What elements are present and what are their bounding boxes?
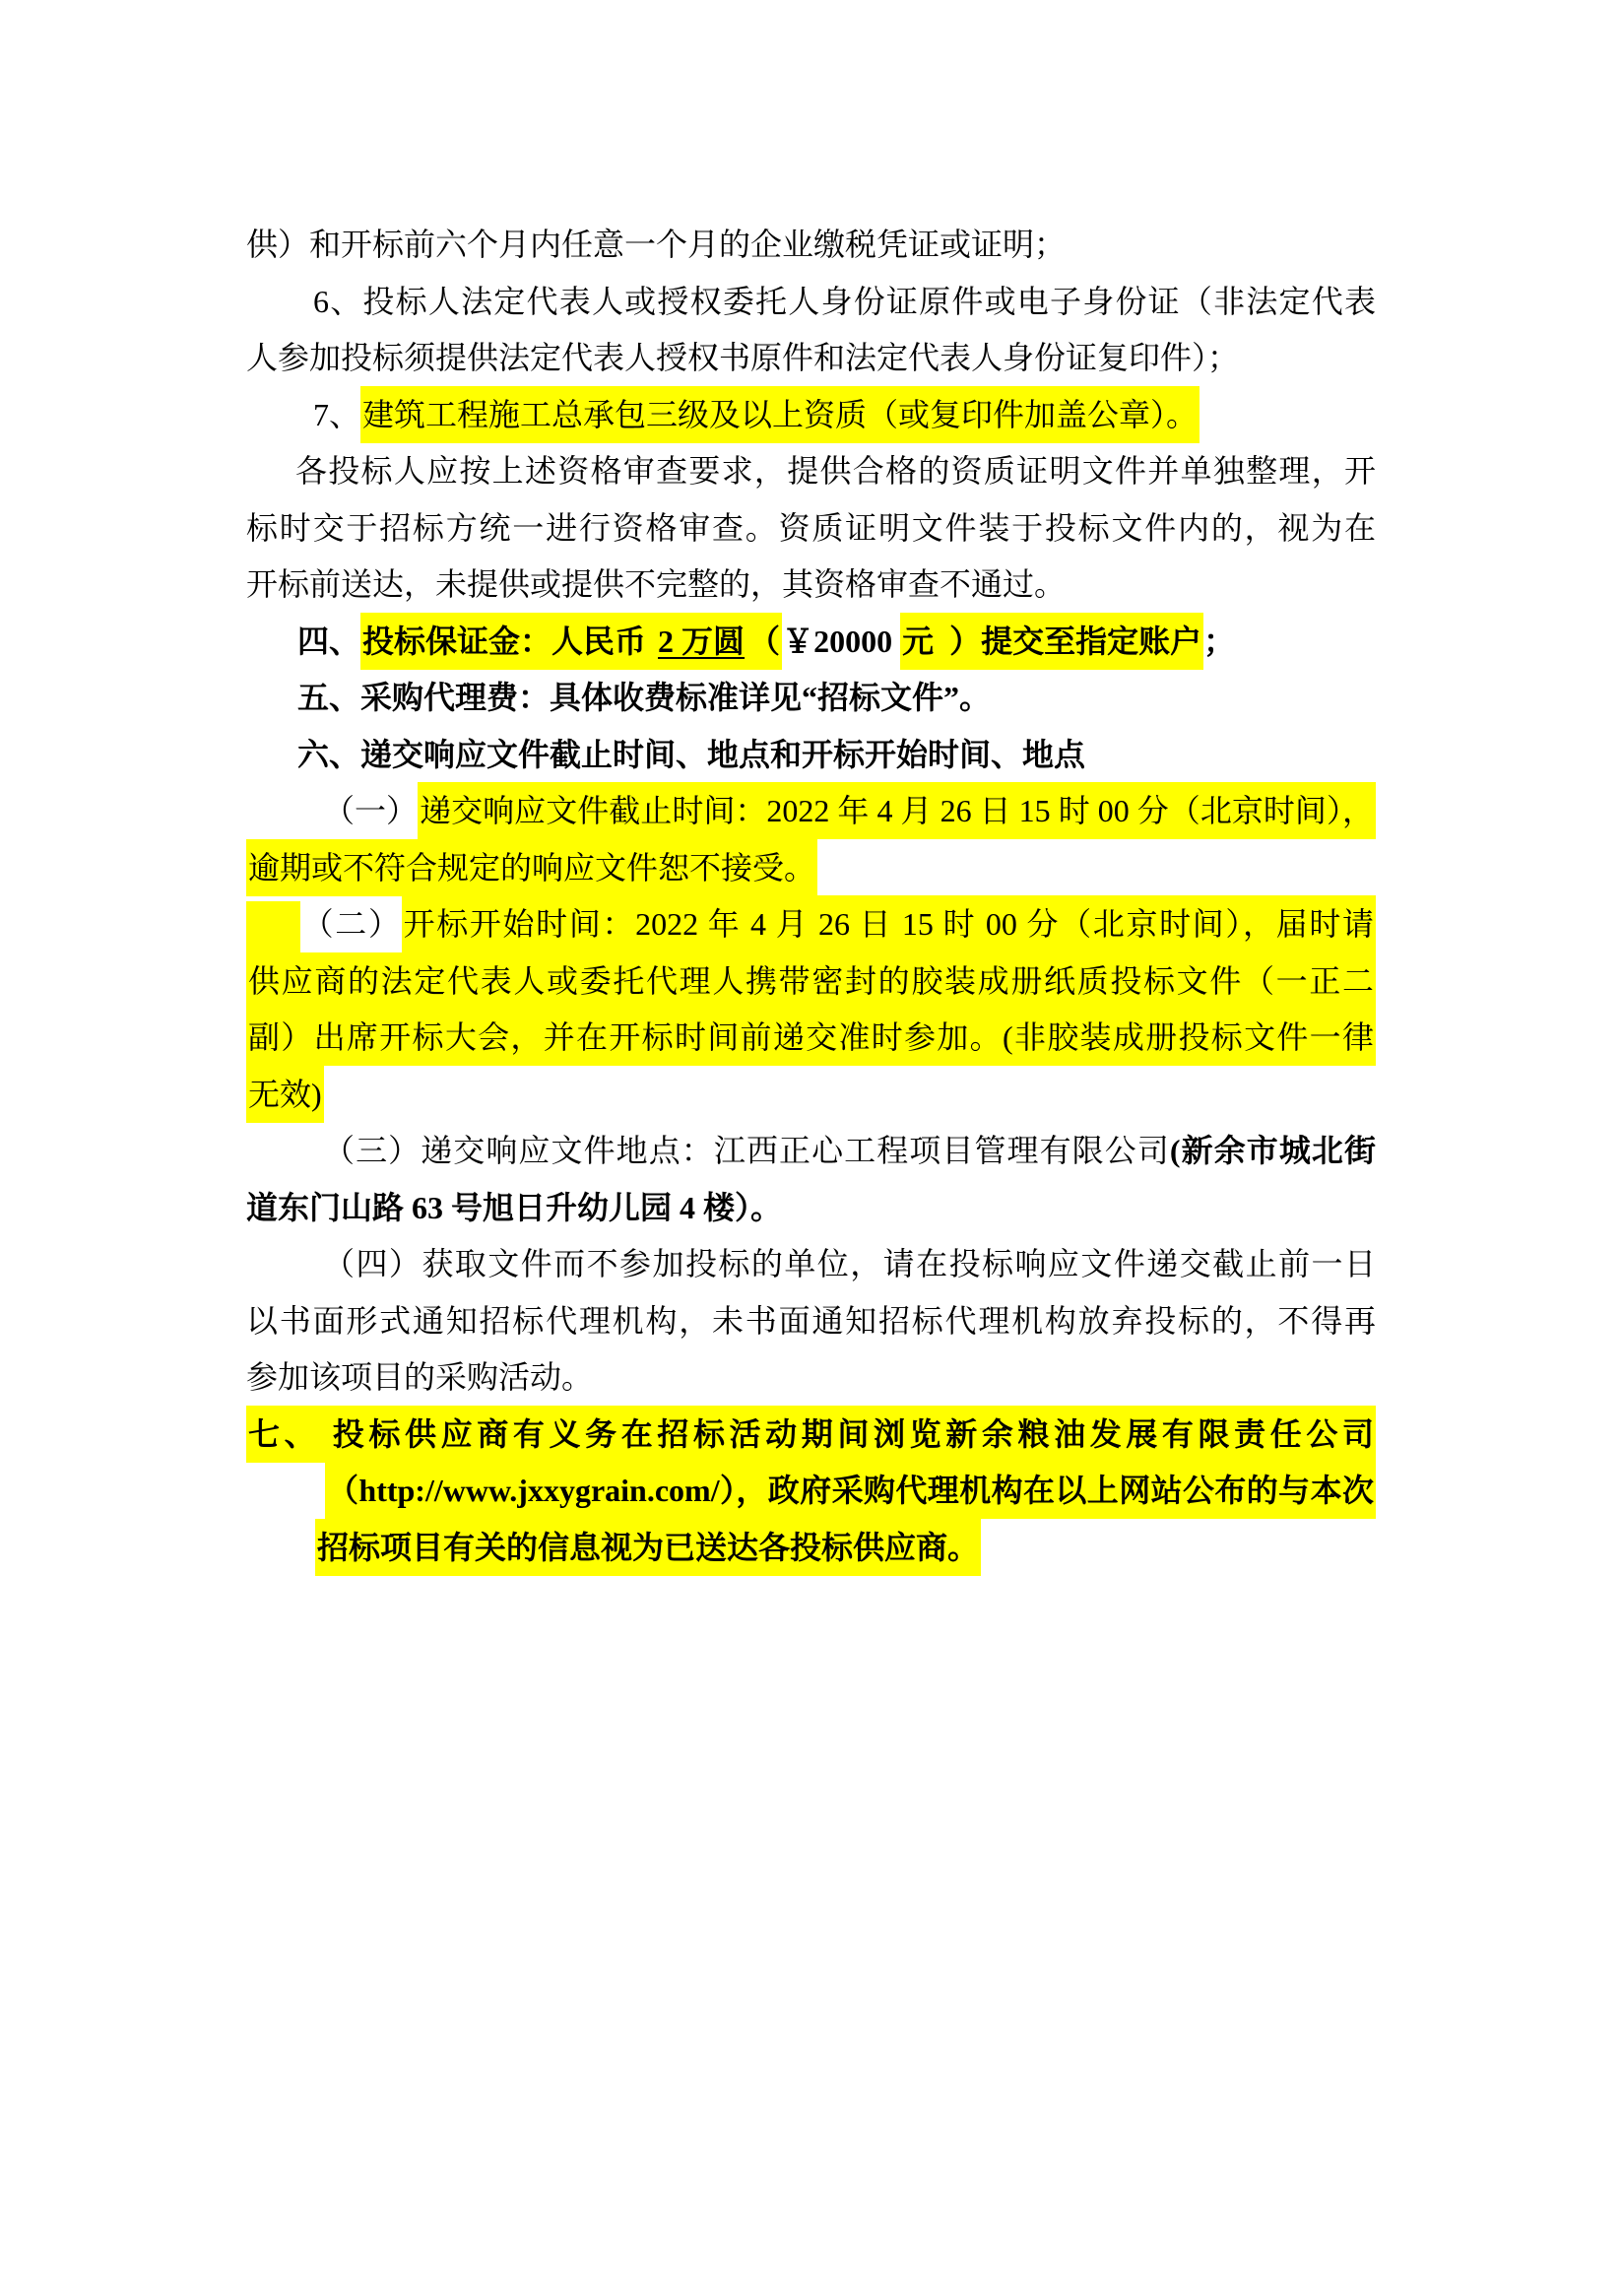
- text-run: （一）: [323, 793, 418, 828]
- doc-line: （http://www.jxxygrain.com/），政府采购代理机构在以上网…: [246, 1463, 1376, 1520]
- doc-line: 道东门山路 63 号旭日升幼儿园 4 楼）。: [246, 1180, 1376, 1237]
- doc-line: 招标项目有关的信息视为已送达各投标供应商。: [246, 1520, 1376, 1577]
- highlighted-text-run: 投标保证金：人民币: [360, 613, 656, 670]
- text-run: (新余市城北街: [1170, 1133, 1376, 1168]
- doc-line: 四、投标保证金：人民币 2 万圆（￥20000 元 ）提交至指定账户；: [246, 614, 1376, 671]
- doc-line: 以书面形式通知招标代理机构，未书面通知招标代理机构放弃投标的，不得再: [246, 1293, 1376, 1350]
- doc-line: （一）递交响应文件截止时间：2022 年 4 月 26 日 15 时 00 分（…: [246, 783, 1376, 840]
- text-run: ；: [1203, 623, 1235, 659]
- doc-line: 参加该项目的采购活动。: [246, 1349, 1376, 1407]
- doc-line: 开标前送达，未提供或提供不完整的，其资格审查不通过。: [246, 557, 1376, 614]
- doc-line: （三）递交响应文件地点：江西正心工程项目管理有限公司(新余市城北街: [246, 1123, 1376, 1180]
- doc-line: 五、采购代理费：具体收费标准详见“招标文件”。: [246, 670, 1376, 727]
- doc-line: 6、投标人法定代表人或授权委托人身份证原件或电子身份证（非法定代表: [246, 274, 1376, 331]
- highlighted-text-run: （: [746, 613, 782, 670]
- doc-line: （四）获取文件而不参加投标的单位，请在投标响应文件递交截止前一日: [246, 1236, 1376, 1293]
- doc-line: 供）和开标前六个月内任意一个月的企业缴税凭证或证明；: [246, 217, 1376, 274]
- text-run: 道东门山路 63 号旭日升幼儿园 4 楼）。: [246, 1190, 782, 1225]
- highlight-sliver: [246, 901, 300, 954]
- highlighted-text-run: 建筑工程施工总承包三级及以上资质（或复印件加盖公章）。: [360, 386, 1200, 443]
- text-run: 各投标人应按上述资格审查要求，提供合格的资质证明文件并单独整理，开: [295, 453, 1376, 489]
- doc-line: 无效): [246, 1067, 1376, 1124]
- doc-line: 逾期或不符合规定的响应文件恕不接受。: [246, 840, 1376, 897]
- text-run: 人参加投标须提供法定代表人授权书原件和法定代表人身份证复印件）；: [246, 340, 1239, 375]
- doc-line: 人参加投标须提供法定代表人授权书原件和法定代表人身份证复印件）；: [246, 330, 1376, 387]
- highlighted-text-run: 逾期或不符合规定的响应文件恕不接受。: [246, 839, 817, 896]
- text-run: 开标前送达，未提供或提供不完整的，其资格审查不通过。: [246, 566, 1066, 602]
- doc-line: （二）开标开始时间：2022 年 4 月 26 日 15 时 00 分（北京时间…: [246, 896, 1376, 953]
- doc-line: 供应商的法定代表人或委托代理人携带密封的胶装成册纸质投标文件（一正二: [246, 953, 1376, 1011]
- text-run: 六、递交响应文件截止时间、地点和开标开始时间、地点: [297, 737, 1085, 772]
- document-page: 供）和开标前六个月内任意一个月的企业缴税凭证或证明；6、投标人法定代表人或授权委…: [0, 0, 1621, 2296]
- text-run: ￥20000: [782, 623, 900, 659]
- highlighted-text-run: 副）出席开标大会，并在开标时间前递交准时参加。(非胶装成册投标文件一律: [246, 1009, 1376, 1066]
- highlighted-text-run: 2 万圆: [656, 613, 746, 670]
- text-run: 6、投标人法定代表人或授权委托人身份证原件或电子身份证（非法定代表: [313, 284, 1376, 319]
- highlighted-text-run: 元 ）提交至指定账户: [900, 613, 1203, 670]
- text-run: （三）递交响应文件地点：江西正心工程项目管理有限公司: [323, 1133, 1170, 1168]
- text-run: 7、: [313, 397, 360, 432]
- doc-line: 副）出席开标大会，并在开标时间前递交准时参加。(非胶装成册投标文件一律: [246, 1010, 1376, 1067]
- text-run: （二）: [300, 906, 402, 942]
- doc-line: 各投标人应按上述资格审查要求，提供合格的资质证明文件并单独整理，开: [246, 443, 1376, 500]
- highlighted-text-run: 递交响应文件截止时间：2022 年 4 月 26 日 15 时 00 分（北京时…: [418, 782, 1376, 839]
- text-run: 五、采购代理费：具体收费标准详见“招标文件”。: [297, 680, 991, 715]
- highlighted-text-run: 招标项目有关的信息视为已送达各投标供应商。: [315, 1519, 981, 1576]
- highlighted-text-run: （http://www.jxxygrain.com/），政府采购代理机构在以上网…: [325, 1462, 1376, 1519]
- doc-line: 7、建筑工程施工总承包三级及以上资质（或复印件加盖公章）。: [246, 387, 1376, 444]
- text-run: 供）和开标前六个月内任意一个月的企业缴税凭证或证明；: [246, 227, 1066, 262]
- doc-line: 标时交于招标方统一进行资格审查。资质证明文件装于投标文件内的，视为在: [246, 500, 1376, 558]
- text-run: （四）获取文件而不参加投标的单位，请在投标响应文件递交截止前一日: [323, 1246, 1376, 1281]
- doc-line: 六、递交响应文件截止时间、地点和开标开始时间、地点: [246, 727, 1376, 784]
- text-run: 以书面形式通知招标代理机构，未书面通知招标代理机构放弃投标的，不得再: [246, 1303, 1376, 1339]
- text-run: 参加该项目的采购活动。: [246, 1359, 593, 1395]
- highlighted-text-run: 供应商的法定代表人或委托代理人携带密封的胶装成册纸质投标文件（一正二: [246, 952, 1376, 1010]
- highlighted-text-run: 七、 投标供应商有义务在招标活动期间浏览新余粮油发展有限责任公司: [246, 1406, 1376, 1463]
- highlighted-text-run: 无效): [246, 1066, 324, 1123]
- text-run: 四、: [297, 623, 360, 659]
- document-body: 供）和开标前六个月内任意一个月的企业缴税凭证或证明；6、投标人法定代表人或授权委…: [246, 217, 1376, 1576]
- highlighted-text-run: 开标开始时间：2022 年 4 月 26 日 15 时 00 分（北京时间），届…: [402, 895, 1376, 952]
- text-run: 标时交于招标方统一进行资格审查。资质证明文件装于投标文件内的，视为在: [246, 510, 1376, 546]
- doc-line: 七、 投标供应商有义务在招标活动期间浏览新余粮油发展有限责任公司: [246, 1407, 1376, 1464]
